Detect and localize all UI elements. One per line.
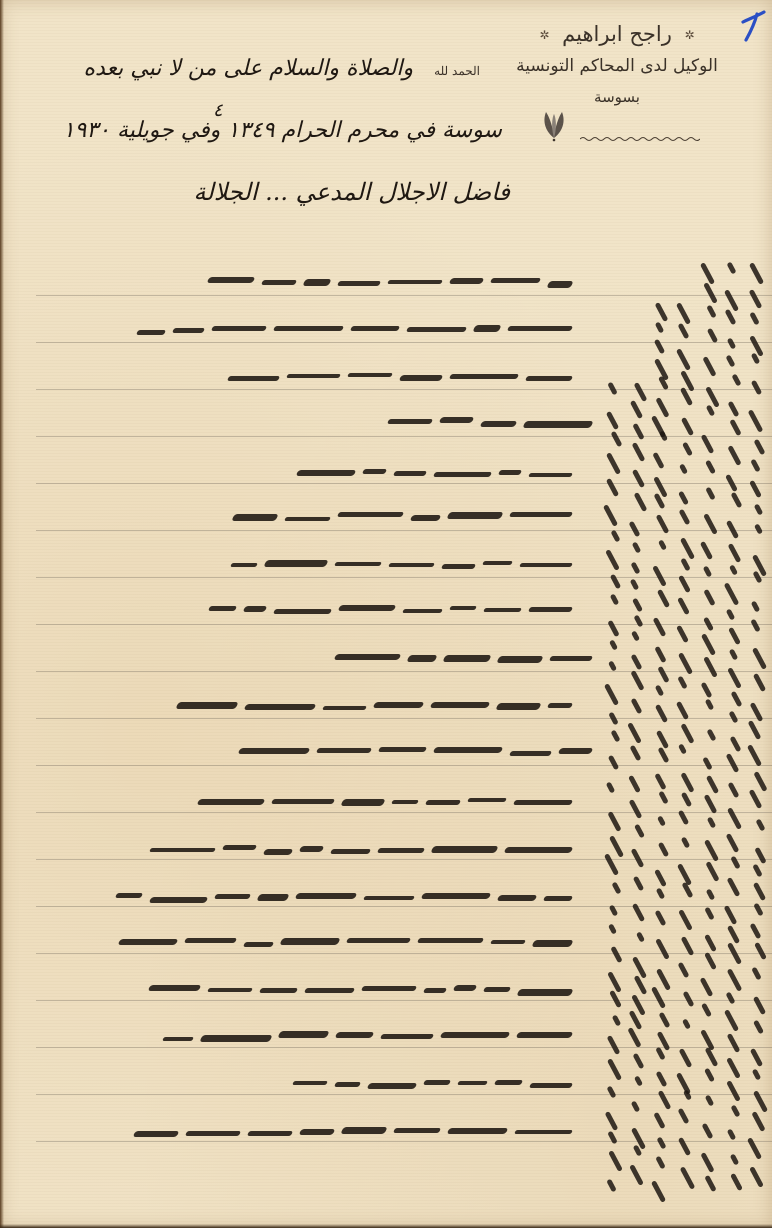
handwritten-word xyxy=(271,799,335,804)
handwritten-stroke xyxy=(704,952,717,970)
handwritten-stroke xyxy=(659,1012,671,1028)
handwritten-stroke xyxy=(634,824,645,839)
handwritten-stroke xyxy=(676,302,691,325)
handwritten-word xyxy=(547,703,573,708)
handwritten-word xyxy=(391,800,419,804)
handwritten-word xyxy=(439,417,475,423)
handwritten-stroke xyxy=(707,328,718,344)
handwritten-word xyxy=(494,1080,523,1085)
handwritten-stroke xyxy=(634,1075,643,1086)
handwritten-word xyxy=(531,940,573,947)
handwritten-stroke xyxy=(609,639,618,650)
handwritten-word xyxy=(442,655,491,662)
handwritten-stroke xyxy=(629,521,641,537)
handwritten-stroke xyxy=(727,337,737,349)
margin-note-column xyxy=(626,262,648,1192)
handwritten-stroke xyxy=(656,514,670,534)
handwritten-stroke xyxy=(633,876,644,892)
handwritten-word xyxy=(402,609,443,613)
handwritten-word xyxy=(256,894,289,901)
handwritten-stroke xyxy=(609,835,624,858)
handwritten-stroke xyxy=(631,698,643,714)
handwritten-word xyxy=(350,326,400,331)
handwritten-stroke xyxy=(727,1033,741,1053)
handwritten-stroke xyxy=(726,262,736,275)
handwritten-stroke xyxy=(728,782,740,798)
handwritten-line xyxy=(32,455,572,489)
handwritten-word xyxy=(284,517,331,521)
handwritten-word xyxy=(346,938,411,943)
handwritten-word xyxy=(299,846,325,852)
handwritten-stroke xyxy=(633,615,643,628)
handwritten-stroke xyxy=(753,1090,768,1113)
handwritten-word xyxy=(373,702,425,708)
handwritten-stroke xyxy=(658,747,670,763)
margin-note xyxy=(598,262,768,1192)
handwritten-word xyxy=(207,988,253,992)
margin-note-column xyxy=(722,262,744,1192)
handwritten-word xyxy=(334,1082,361,1087)
handwritten-word xyxy=(115,893,143,898)
handwritten-stroke xyxy=(611,882,621,895)
handwritten-word xyxy=(449,606,477,610)
handwritten-stroke xyxy=(727,445,741,466)
handwritten-stroke xyxy=(750,1048,763,1067)
handwritten-word xyxy=(322,706,367,710)
handwritten-stroke xyxy=(727,667,742,689)
handwritten-stroke xyxy=(751,380,762,396)
handwritten-word xyxy=(509,512,573,517)
blue-cross-annotation-icon xyxy=(740,8,766,42)
handwritten-stroke xyxy=(728,711,738,724)
handwritten-stroke xyxy=(656,1071,668,1087)
handwritten-stroke xyxy=(728,543,742,563)
handwritten-word xyxy=(457,1081,488,1085)
handwritten-stroke xyxy=(678,743,687,754)
handwritten-word xyxy=(378,747,427,752)
handwritten-stroke xyxy=(706,775,719,794)
margin-note-column xyxy=(698,262,720,1192)
subject-line: فاضل الاجلال المدعي ... الجلالة xyxy=(194,178,510,206)
handwritten-stroke xyxy=(727,942,742,965)
handwritten-word xyxy=(504,847,574,853)
handwritten-stroke xyxy=(607,811,621,832)
handwritten-stroke xyxy=(630,562,640,575)
handwritten-stroke xyxy=(730,1105,740,1118)
handwritten-stroke xyxy=(657,589,670,608)
handwritten-stroke xyxy=(706,888,716,900)
handwritten-stroke xyxy=(656,968,671,991)
handwritten-word xyxy=(483,608,522,612)
handwritten-word xyxy=(244,704,317,710)
handwritten-stroke xyxy=(655,397,669,418)
handwritten-stroke xyxy=(605,549,620,571)
handwritten-stroke xyxy=(609,904,619,916)
handwritten-stroke xyxy=(730,856,741,870)
handwritten-stroke xyxy=(731,374,741,387)
handwritten-word xyxy=(483,987,511,992)
letterhead-name: راجح ابراهيم xyxy=(562,22,672,46)
handwritten-stroke xyxy=(632,423,644,440)
handwritten-word xyxy=(440,1032,511,1038)
handwritten-stroke xyxy=(655,302,669,322)
handwritten-word xyxy=(340,1127,387,1134)
handwritten-stroke xyxy=(631,848,645,868)
handwritten-stroke xyxy=(608,923,617,934)
handwritten-stroke xyxy=(610,574,621,590)
handwritten-stroke xyxy=(725,474,738,492)
handwritten-stroke xyxy=(728,627,741,645)
handwritten-word xyxy=(175,702,238,709)
handwritten-word xyxy=(334,654,402,660)
handwritten-stroke xyxy=(630,578,640,590)
handwritten-word xyxy=(277,1031,329,1038)
handwritten-stroke xyxy=(608,712,619,726)
handwritten-stroke xyxy=(750,702,764,722)
handwritten-word xyxy=(433,747,504,753)
handwritten-stroke xyxy=(606,1086,616,1099)
handwritten-stroke xyxy=(603,504,618,527)
handwritten-stroke xyxy=(606,478,619,497)
handwritten-stroke xyxy=(751,600,761,612)
handwritten-stroke xyxy=(724,582,740,606)
handwritten-stroke xyxy=(676,625,689,643)
handwritten-stroke xyxy=(653,617,667,637)
handwritten-stroke xyxy=(607,620,619,637)
handwritten-stroke xyxy=(726,520,739,539)
handwritten-word xyxy=(543,896,573,901)
handwritten-stroke xyxy=(729,648,739,660)
handwritten-stroke xyxy=(701,633,716,656)
handwritten-word xyxy=(184,938,237,943)
date-line: سوسة في محرم الحرام ١٣٤٩ وفي جويلية ١٩٣٠ xyxy=(63,118,502,143)
handwritten-word xyxy=(509,751,552,756)
handwritten-line xyxy=(32,1020,572,1054)
ornament-star-icon: ✲ xyxy=(539,28,549,42)
handwritten-stroke xyxy=(676,701,689,720)
handwritten-word xyxy=(367,1083,418,1089)
handwritten-line xyxy=(52,405,592,439)
paper-edge-bottom xyxy=(0,1224,772,1228)
handwritten-word xyxy=(149,848,216,852)
handwritten-stroke xyxy=(727,807,742,830)
handwritten-stroke xyxy=(633,1053,645,1069)
handwritten-word xyxy=(363,896,415,900)
handwritten-stroke xyxy=(681,936,695,956)
handwritten-word xyxy=(304,988,355,993)
handwritten-stroke xyxy=(632,469,645,488)
handwritten-stroke xyxy=(754,439,766,455)
handwritten-stroke xyxy=(727,1128,737,1140)
handwritten-stroke xyxy=(654,869,667,887)
handwritten-word xyxy=(482,561,513,565)
handwritten-stroke xyxy=(654,773,666,790)
handwritten-stroke xyxy=(747,744,762,767)
handwritten-stroke xyxy=(731,492,743,508)
handwritten-stroke xyxy=(681,836,691,848)
handwritten-stroke xyxy=(605,1111,619,1131)
handwritten-word xyxy=(259,988,298,993)
handwritten-stroke xyxy=(655,938,670,960)
handwritten-word xyxy=(238,748,311,754)
handwritten-word xyxy=(528,607,573,612)
handwritten-word xyxy=(208,606,237,611)
handwritten-stroke xyxy=(610,593,620,605)
handwritten-stroke xyxy=(611,431,623,447)
letter-page: ✲ راجح ابراهيم ✲ الوكيل لدى المحاكم التو… xyxy=(0,0,772,1228)
handwritten-stroke xyxy=(755,819,765,832)
handwritten-stroke xyxy=(609,990,622,1008)
handwritten-line xyxy=(32,548,572,582)
handwritten-word xyxy=(447,1128,509,1134)
handwritten-stroke xyxy=(631,654,643,670)
handwritten-stroke xyxy=(749,312,760,326)
handwritten-word xyxy=(295,893,358,899)
handwritten-word xyxy=(480,421,518,427)
handwritten-word xyxy=(296,470,357,476)
handwritten-word xyxy=(286,374,341,378)
handwritten-stroke xyxy=(701,682,713,698)
paper-edge-left xyxy=(0,0,4,1228)
ornament-star-icon: ✲ xyxy=(685,28,695,42)
handwritten-word xyxy=(393,471,427,476)
handwritten-stroke xyxy=(751,967,762,981)
handwritten-stroke xyxy=(656,887,666,899)
handwritten-stroke xyxy=(752,864,763,878)
letterhead-name-row: ✲ راجح ابراهيم ✲ xyxy=(502,22,732,46)
handwritten-word xyxy=(133,1131,180,1137)
handwritten-word xyxy=(347,373,393,377)
invocation-line: الحمد لله والصلاة والسلام على من لا نبي … xyxy=(83,56,480,81)
handwritten-stroke xyxy=(729,564,738,575)
handwritten-stroke xyxy=(749,789,763,809)
handwritten-line xyxy=(32,785,572,819)
handwritten-stroke xyxy=(754,847,766,864)
handwritten-line xyxy=(52,735,592,769)
handwritten-stroke xyxy=(726,1080,741,1102)
handwritten-word xyxy=(222,845,257,850)
handwritten-stroke xyxy=(608,755,619,771)
handwritten-stroke xyxy=(630,670,644,691)
handwritten-word xyxy=(337,281,381,286)
handwritten-line xyxy=(32,1115,572,1149)
handwritten-word xyxy=(214,894,251,899)
handwritten-stroke xyxy=(604,853,619,876)
handwritten-word xyxy=(546,281,573,288)
handwritten-word xyxy=(148,985,202,991)
handwritten-stroke xyxy=(676,348,691,371)
handwritten-stroke xyxy=(630,745,642,761)
handwritten-stroke xyxy=(655,321,665,333)
handwritten-stroke xyxy=(730,1153,740,1165)
handwritten-word xyxy=(423,988,447,993)
handwritten-stroke xyxy=(725,992,735,1005)
handwritten-stroke xyxy=(749,289,763,309)
handwritten-stroke xyxy=(636,931,645,942)
handwritten-word xyxy=(243,942,274,947)
handwritten-stroke xyxy=(680,1166,696,1190)
handwritten-stroke xyxy=(682,1018,691,1029)
handwritten-stroke xyxy=(683,991,695,1007)
handwritten-word xyxy=(211,326,267,331)
handwritten-stroke xyxy=(632,903,645,922)
handwritten-stroke xyxy=(656,1137,666,1150)
handwritten-stroke xyxy=(753,882,766,901)
handwritten-stroke xyxy=(655,910,667,926)
handwritten-stroke xyxy=(731,691,743,707)
handwritten-stroke xyxy=(632,541,642,553)
handwritten-stroke xyxy=(655,704,668,723)
handwritten-stroke xyxy=(727,925,740,944)
handwritten-stroke xyxy=(610,946,622,963)
handwritten-stroke xyxy=(749,480,762,498)
handwritten-word xyxy=(377,848,425,853)
handwritten-word xyxy=(410,515,442,521)
handwritten-stroke xyxy=(681,417,694,436)
handwritten-word xyxy=(399,375,444,381)
handwritten-word xyxy=(199,1035,272,1042)
handwritten-stroke xyxy=(655,684,665,696)
handwritten-stroke xyxy=(724,905,738,925)
handwritten-stroke xyxy=(753,903,764,917)
handwritten-stroke xyxy=(678,652,693,675)
handwritten-line xyxy=(32,880,572,914)
handwritten-stroke xyxy=(651,1180,666,1203)
handwritten-word xyxy=(273,326,344,331)
handwritten-word xyxy=(433,472,492,477)
handwritten-word xyxy=(361,986,417,991)
handwritten-line xyxy=(32,1067,572,1101)
handwritten-stroke xyxy=(706,305,717,319)
handwritten-stroke xyxy=(608,1150,623,1172)
handwritten-stroke xyxy=(612,1014,622,1026)
handwritten-stroke xyxy=(753,673,766,692)
handwritten-word xyxy=(227,376,280,381)
handwritten-stroke xyxy=(632,442,646,462)
handwritten-line xyxy=(32,592,572,626)
handwritten-stroke xyxy=(607,971,622,993)
handwritten-word xyxy=(525,376,573,381)
handwritten-stroke xyxy=(703,589,715,606)
handwritten-stroke xyxy=(730,1173,743,1191)
handwritten-word xyxy=(263,560,328,567)
handwritten-word xyxy=(230,563,258,567)
handwritten-stroke xyxy=(726,833,740,853)
handwritten-word xyxy=(423,1080,451,1085)
handwritten-stroke xyxy=(681,792,692,808)
handwritten-stroke xyxy=(724,1009,739,1032)
handwritten-stroke xyxy=(654,339,665,355)
handwritten-stroke xyxy=(629,1164,644,1186)
handwritten-word xyxy=(417,938,484,943)
handwritten-stroke xyxy=(751,1111,765,1132)
handwritten-stroke xyxy=(683,1089,692,1100)
handwritten-word xyxy=(340,799,385,806)
handwritten-stroke xyxy=(655,1156,666,1170)
handwritten-stroke xyxy=(728,401,740,417)
handwritten-word xyxy=(472,325,501,332)
handwritten-stroke xyxy=(727,877,741,897)
handwritten-stroke xyxy=(703,617,714,632)
handwritten-stroke xyxy=(678,323,690,339)
handwritten-word xyxy=(330,849,371,854)
handwritten-word xyxy=(406,655,437,662)
handwritten-word xyxy=(549,656,593,661)
handwritten-stroke xyxy=(657,666,669,683)
letterhead: ✲ راجح ابراهيم ✲ الوكيل لدى المحاكم التو… xyxy=(502,14,732,146)
handwritten-stroke xyxy=(704,839,719,862)
handwritten-stroke xyxy=(754,503,764,515)
handwritten-word xyxy=(441,564,476,569)
handwritten-stroke xyxy=(632,956,647,979)
handwritten-stroke xyxy=(725,355,735,368)
handwritten-stroke xyxy=(704,1175,716,1192)
handwritten-word xyxy=(449,374,519,379)
handwritten-word xyxy=(558,748,594,754)
handwritten-stroke xyxy=(677,597,690,615)
handwritten-stroke xyxy=(679,509,691,525)
handwritten-stroke xyxy=(703,282,718,304)
handwritten-stroke xyxy=(754,942,767,960)
handwritten-line xyxy=(32,313,572,347)
handwritten-stroke xyxy=(682,882,694,898)
handwritten-stroke xyxy=(704,1068,715,1083)
handwritten-stroke xyxy=(606,781,616,793)
handwritten-word xyxy=(302,279,331,286)
handwritten-stroke xyxy=(702,1123,714,1139)
handwritten-stroke xyxy=(680,723,694,744)
handwritten-stroke xyxy=(753,771,767,792)
handwritten-stroke xyxy=(627,722,642,744)
margin-note-column xyxy=(602,262,624,1192)
handwritten-stroke xyxy=(703,656,718,678)
handwritten-word xyxy=(338,605,397,611)
handwritten-stroke xyxy=(680,558,691,572)
handwritten-word xyxy=(316,748,372,753)
handwritten-stroke xyxy=(634,975,648,995)
handwritten-stroke xyxy=(700,541,713,560)
handwritten-stroke xyxy=(753,996,766,1015)
handwritten-stroke xyxy=(656,730,669,749)
handwritten-stroke xyxy=(705,487,716,501)
floral-emblem-icon xyxy=(534,108,574,142)
handwritten-stroke xyxy=(753,1020,764,1035)
handwritten-stroke xyxy=(748,409,764,433)
handwritten-line xyxy=(32,833,572,867)
handwritten-stroke xyxy=(606,452,621,475)
handwritten-stroke xyxy=(627,1027,641,1048)
handwritten-stroke xyxy=(754,523,763,534)
handwritten-stroke xyxy=(610,730,620,743)
handwritten-word xyxy=(446,512,503,519)
handwritten-word xyxy=(231,514,278,521)
handwritten-stroke xyxy=(651,986,666,1009)
handwritten-word xyxy=(425,800,461,805)
handwritten-word xyxy=(453,985,478,991)
handwritten-stroke xyxy=(631,1100,641,1112)
handwritten-word xyxy=(498,470,522,475)
handwritten-stroke xyxy=(680,537,695,560)
handwritten-word xyxy=(393,1128,441,1133)
handwritten-stroke xyxy=(658,842,669,858)
handwritten-word xyxy=(507,326,573,331)
handwritten-word xyxy=(299,1129,336,1135)
handwritten-stroke xyxy=(726,1057,741,1079)
handwritten-word xyxy=(406,327,467,332)
handwritten-word xyxy=(522,421,593,428)
handwritten-line xyxy=(32,973,572,1007)
handwritten-stroke xyxy=(607,1058,622,1081)
